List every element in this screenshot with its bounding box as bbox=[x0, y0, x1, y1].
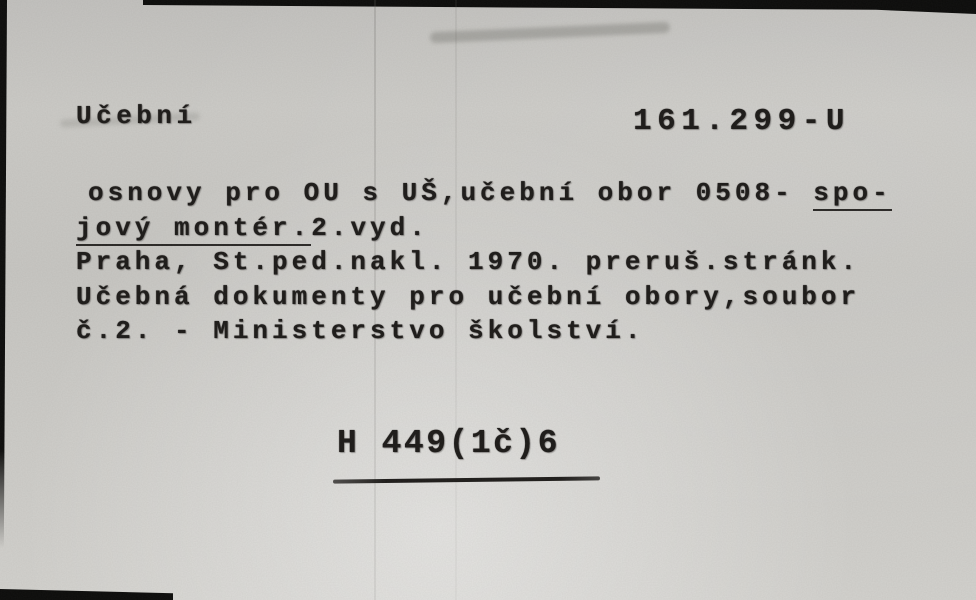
body-line-2-underlined-segment: jový montér. bbox=[76, 213, 311, 246]
card-body-text: osnovy pro OU s UŠ,učební obor 0508- spo… bbox=[76, 176, 892, 349]
call-number-underline bbox=[333, 476, 600, 483]
entry-heading-word: Učební bbox=[76, 101, 197, 131]
body-line: Praha, St.ped.nakl. 1970. preruš.stránk. bbox=[76, 245, 892, 280]
scanner-edge-top bbox=[143, 0, 976, 14]
body-line-1-text: osnovy pro OU s UŠ,učební obor 0508- bbox=[88, 178, 813, 208]
shelf-number: 161.299-U bbox=[633, 104, 850, 139]
body-line: Učebná dokumenty pro učební obory,soubor bbox=[76, 280, 892, 315]
catalog-card-scan: Učební 161.299-U osnovy pro OU s UŠ,učeb… bbox=[0, 0, 976, 600]
body-line: č.2. - Ministerstvo školství. bbox=[76, 314, 892, 349]
body-line: jový montér.2.vyd. bbox=[76, 211, 892, 246]
scanner-edge-left bbox=[0, 0, 7, 548]
scanner-edge-bottom-left bbox=[0, 587, 173, 600]
body-line-4-text: Učebná dokumenty pro učební obory,soubor bbox=[76, 282, 860, 312]
pencil-smudge bbox=[430, 22, 670, 43]
body-line-5-text: č.2. - Ministerstvo školství. bbox=[76, 316, 644, 346]
body-line-3-text: Praha, St.ped.nakl. 1970. preruš.stránk. bbox=[76, 247, 860, 277]
body-line-1-underlined-segment: spo- bbox=[813, 178, 891, 211]
body-line: osnovy pro OU s UŠ,učební obor 0508- spo… bbox=[76, 176, 892, 211]
call-number: H 449(1č)6 bbox=[337, 425, 560, 462]
body-line-2-text: 2.vyd. bbox=[311, 213, 429, 243]
